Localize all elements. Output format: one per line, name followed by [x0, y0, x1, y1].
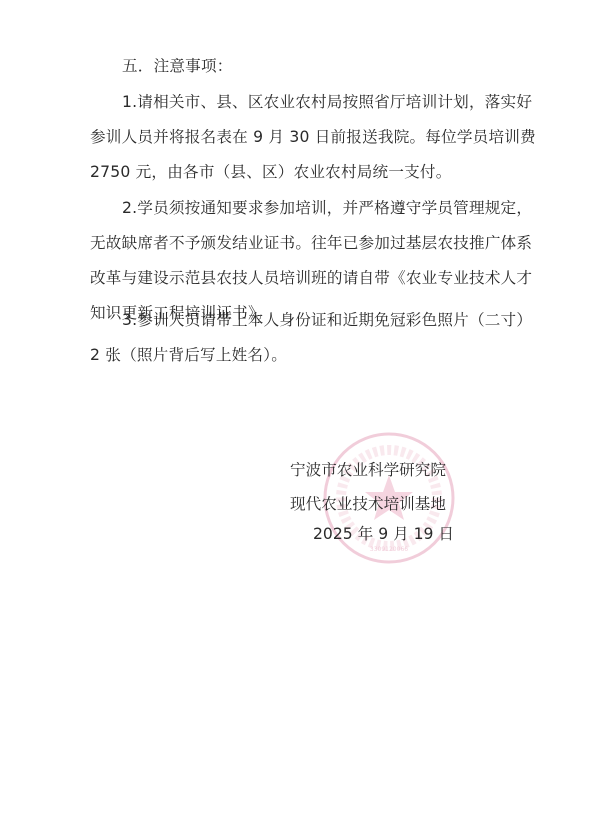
signature-date: 2025 年 9 月 19 日 [313, 524, 454, 544]
item-1-line-1: 1.请相关市、县、区农业农村局按照省厅培训计划，落实好 [122, 92, 532, 112]
item-1-line-3: 2750 元，由各市（县、区）农业农村局统一支付。 [90, 162, 452, 182]
item-1-line-2: 参训人员并将报名表在 9 月 30 日前报送我院。每位学员培训费 [90, 127, 536, 147]
item-2-line-3: 改革与建设示范县农技人员培训班的请自带《农业专业技术人才 [90, 268, 532, 288]
item-2-line-1: 2.学员须按通知要求参加培训，并严格遵守学员管理规定， [122, 198, 532, 218]
item-3-line-2: 2 张（照片背后写上姓名）。 [90, 345, 287, 365]
item-2-line-2: 无故缺席者不予颁发结业证书。往年已参加过基层农技推广体系 [90, 233, 532, 253]
svg-text:3309120066: 3309120066 [370, 546, 408, 553]
item-3-line-1: 3.参训人员请带上本人身份证和近期免冠彩色照片（二寸） [122, 310, 532, 330]
signature-org-2: 现代农业技术培训基地 [290, 494, 446, 514]
section-heading: 五．注意事项： [122, 56, 233, 76]
document-page: 五．注意事项： 1.请相关市、县、区农业农村局按照省厅培训计划，落实好 参训人员… [0, 0, 594, 828]
signature-org-1: 宁波市农业科学研究院 [290, 460, 446, 480]
